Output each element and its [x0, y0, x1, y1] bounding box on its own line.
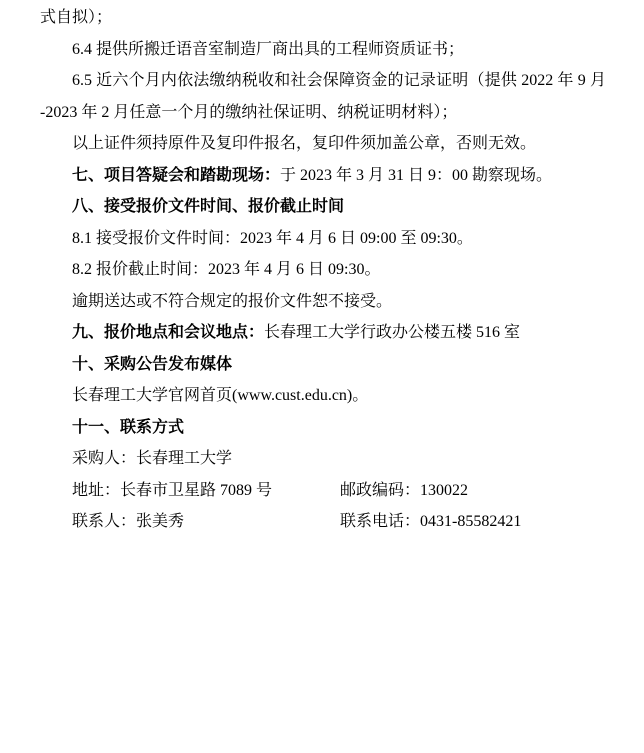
section-10-heading: 十、采购公告发布媒体 [40, 349, 606, 381]
item-8-1: 8.1 接受报价文件时间：2023 年 4 月 6 日 09:00 至 09:3… [40, 223, 606, 255]
item-6-4: 6.4 提供所搬迁语音室制造厂商出具的工程师资质证书； [40, 34, 606, 66]
contact-line: 联系人：张美秀联系电话：0431-85582421 [40, 506, 606, 538]
media-line: 长春理工大学官网首页(www.cust.edu.cn)。 [40, 380, 606, 412]
paragraph-continuation: 式自拟）； [40, 2, 606, 34]
section-9-heading: 九、报价地点和会议地点： [72, 324, 264, 341]
item-6-5-line-2: -2023 年 2 月任意一个月的缴纳社保证明、纳税证明材料）； [40, 97, 606, 129]
section-9-line: 九、报价地点和会议地点：长春理工大学行政办公楼五楼 516 室 [40, 317, 606, 349]
postal-code-value: 邮政编码：130022 [308, 475, 468, 507]
item-6-5-line-1: 6.5 近六个月内依法缴纳税收和社会保障资金的记录证明（提供 2022 年 9 … [40, 65, 606, 97]
section-7-body: 于 2023 年 3 月 31 日 9：00 勘察现场。 [280, 167, 552, 184]
section-11-heading: 十一、联系方式 [40, 412, 606, 444]
originals-note: 以上证件须持原件及复印件报名，复印件须加盖公章，否则无效。 [40, 128, 606, 160]
section-7-line: 七、项目答疑会和踏勘现场：于 2023 年 3 月 31 日 9：00 勘察现场… [40, 160, 606, 192]
contact-person-value: 联系人：张美秀 [72, 513, 184, 530]
address-line: 地址：长春市卫星路 7089 号邮政编码：130022 [40, 475, 606, 507]
document-page: 式自拟）； 6.4 提供所搬迁语音室制造厂商出具的工程师资质证书； 6.5 近六… [0, 0, 644, 753]
late-submission-note: 逾期送达或不符合规定的报价文件恕不接受。 [40, 286, 606, 318]
section-8-heading: 八、接受报价文件时间、报价截止时间 [40, 191, 606, 223]
section-9-body: 长春理工大学行政办公楼五楼 516 室 [264, 324, 520, 341]
section-7-heading: 七、项目答疑会和踏勘现场： [72, 167, 280, 184]
purchaser-line: 采购人：长春理工大学 [40, 443, 606, 475]
address-value: 地址：长春市卫星路 7089 号 [72, 482, 272, 499]
item-8-2: 8.2 报价截止时间：2023 年 4 月 6 日 09:30。 [40, 254, 606, 286]
contact-phone-value: 联系电话：0431-85582421 [308, 506, 521, 538]
